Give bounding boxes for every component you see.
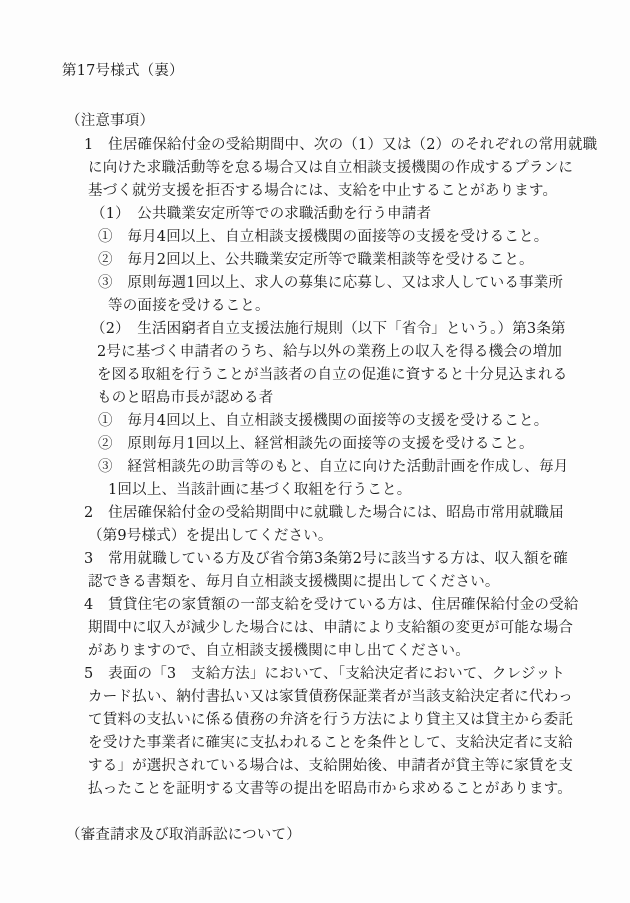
note5-line5: する」が選択されている場合は、支給開始後、申請者が貸主等に家賃を支: [88, 757, 573, 775]
note1-sub2-line1: （2） 生活困窮者自立支援法施行規則（以下「省令」という。）第3条第: [91, 320, 566, 338]
note1-sub2-item2: ② 原則毎月1回以上、経営相談先の面接等の支援を受けること。: [98, 435, 534, 453]
note1-sub1-item3-line1: ③ 原則毎週1回以上、求人の募集に応募し、又は求人している事業所: [98, 274, 563, 292]
note1-sub1-item3-line2: 等の面接を受けること。: [108, 297, 270, 315]
note4-line2: 期間中に収入が減少した場合には、申請により支給額の変更が可能な場合: [88, 619, 573, 637]
note5-line2: カード払い、納付書払い又は家賃債務保証業者が当該支給決定者に代わっ: [88, 688, 573, 706]
note1-line2: に向けた求職活動等を怠る場合又は自立相談支援機関の作成するプランに: [88, 159, 573, 177]
note1-sub2-line4: ものと昭島市長が認める者: [97, 389, 273, 407]
note2-line1: 2 住居確保給付金の受給期間中に就職した場合には、昭島市常用就職届: [84, 504, 564, 522]
note1-sub1-heading: （1） 公共職業安定所等での求職活動を行う申請者: [91, 205, 431, 223]
form-number-label: 第17号様式（裏）: [62, 62, 184, 80]
note3-line2: 認できる書類を、毎月自立相談支援機関に提出してください。: [88, 573, 500, 591]
note1-line1: 1 住居確保給付金の受給期間中、次の（1）又は（2）のそれぞれの常用就職: [84, 136, 597, 154]
note5-line1: 5 表面の「3 支給方法」において、「支給決定者において、クレジット: [84, 665, 565, 683]
notes-heading: （注意事項）: [66, 112, 154, 130]
note1-sub1-item1: ① 毎月4回以上、自立相談支援機関の面接等の支援を受けること。: [98, 228, 548, 246]
note1-sub2-line3: を図る取組を行うことが当該者の自立の促進に資すると十分見込まれる: [97, 366, 567, 384]
note1-sub1-item2: ② 毎月2回以上、公共職業安定所等で職業相談等を受けること。: [98, 251, 534, 269]
note5-line6: 払ったことを証明する文書等の提出を昭島市から求めることがあります。: [88, 780, 572, 798]
note1-sub2-item3-line1: ③ 経営相談先の助言等のもと、自立に向けた活動計画を作成し、毎月: [98, 458, 568, 476]
note4-line3: がありますので、自立相談支援機関に申し出てください。: [88, 642, 470, 660]
note1-line3: 基づく就労支援を拒否する場合には、支給を中止することがあります。: [88, 182, 557, 200]
note1-sub2-item1: ① 毎月4回以上、自立相談支援機関の面接等の支援を受けること。: [98, 412, 548, 430]
note4-line1: 4 賃貸住宅の家賃額の一部支給を受けている方は、住居確保給付金の受給: [84, 596, 579, 614]
note3-line1: 3 常用就職している方及び省令第3条第2号に該当する方は、収入額を確: [84, 550, 568, 568]
note1-sub2-item3-line2: 1回以上、当該計画に基づく取組を行うこと。: [108, 481, 411, 499]
note2-line2: （第9号様式）を提出してください。: [88, 527, 333, 545]
note5-line4: を受けた事業者に確実に支払われることを条件として、支給決定者に支給: [88, 734, 573, 752]
note1-sub2-line2: 2号に基づく申請者のうち、給与以外の業務上の収入を得る機会の増加: [97, 343, 562, 361]
note5-line3: て賃料の支払いに係る債務の弁済を行う方法により貸主又は貸主から委託: [88, 711, 573, 729]
appeal-heading: （審査請求及び取消訴訟について）: [66, 826, 301, 844]
document-page: 第17号様式（裏） （注意事項） 1 住居確保給付金の受給期間中、次の（1）又は…: [0, 0, 630, 903]
